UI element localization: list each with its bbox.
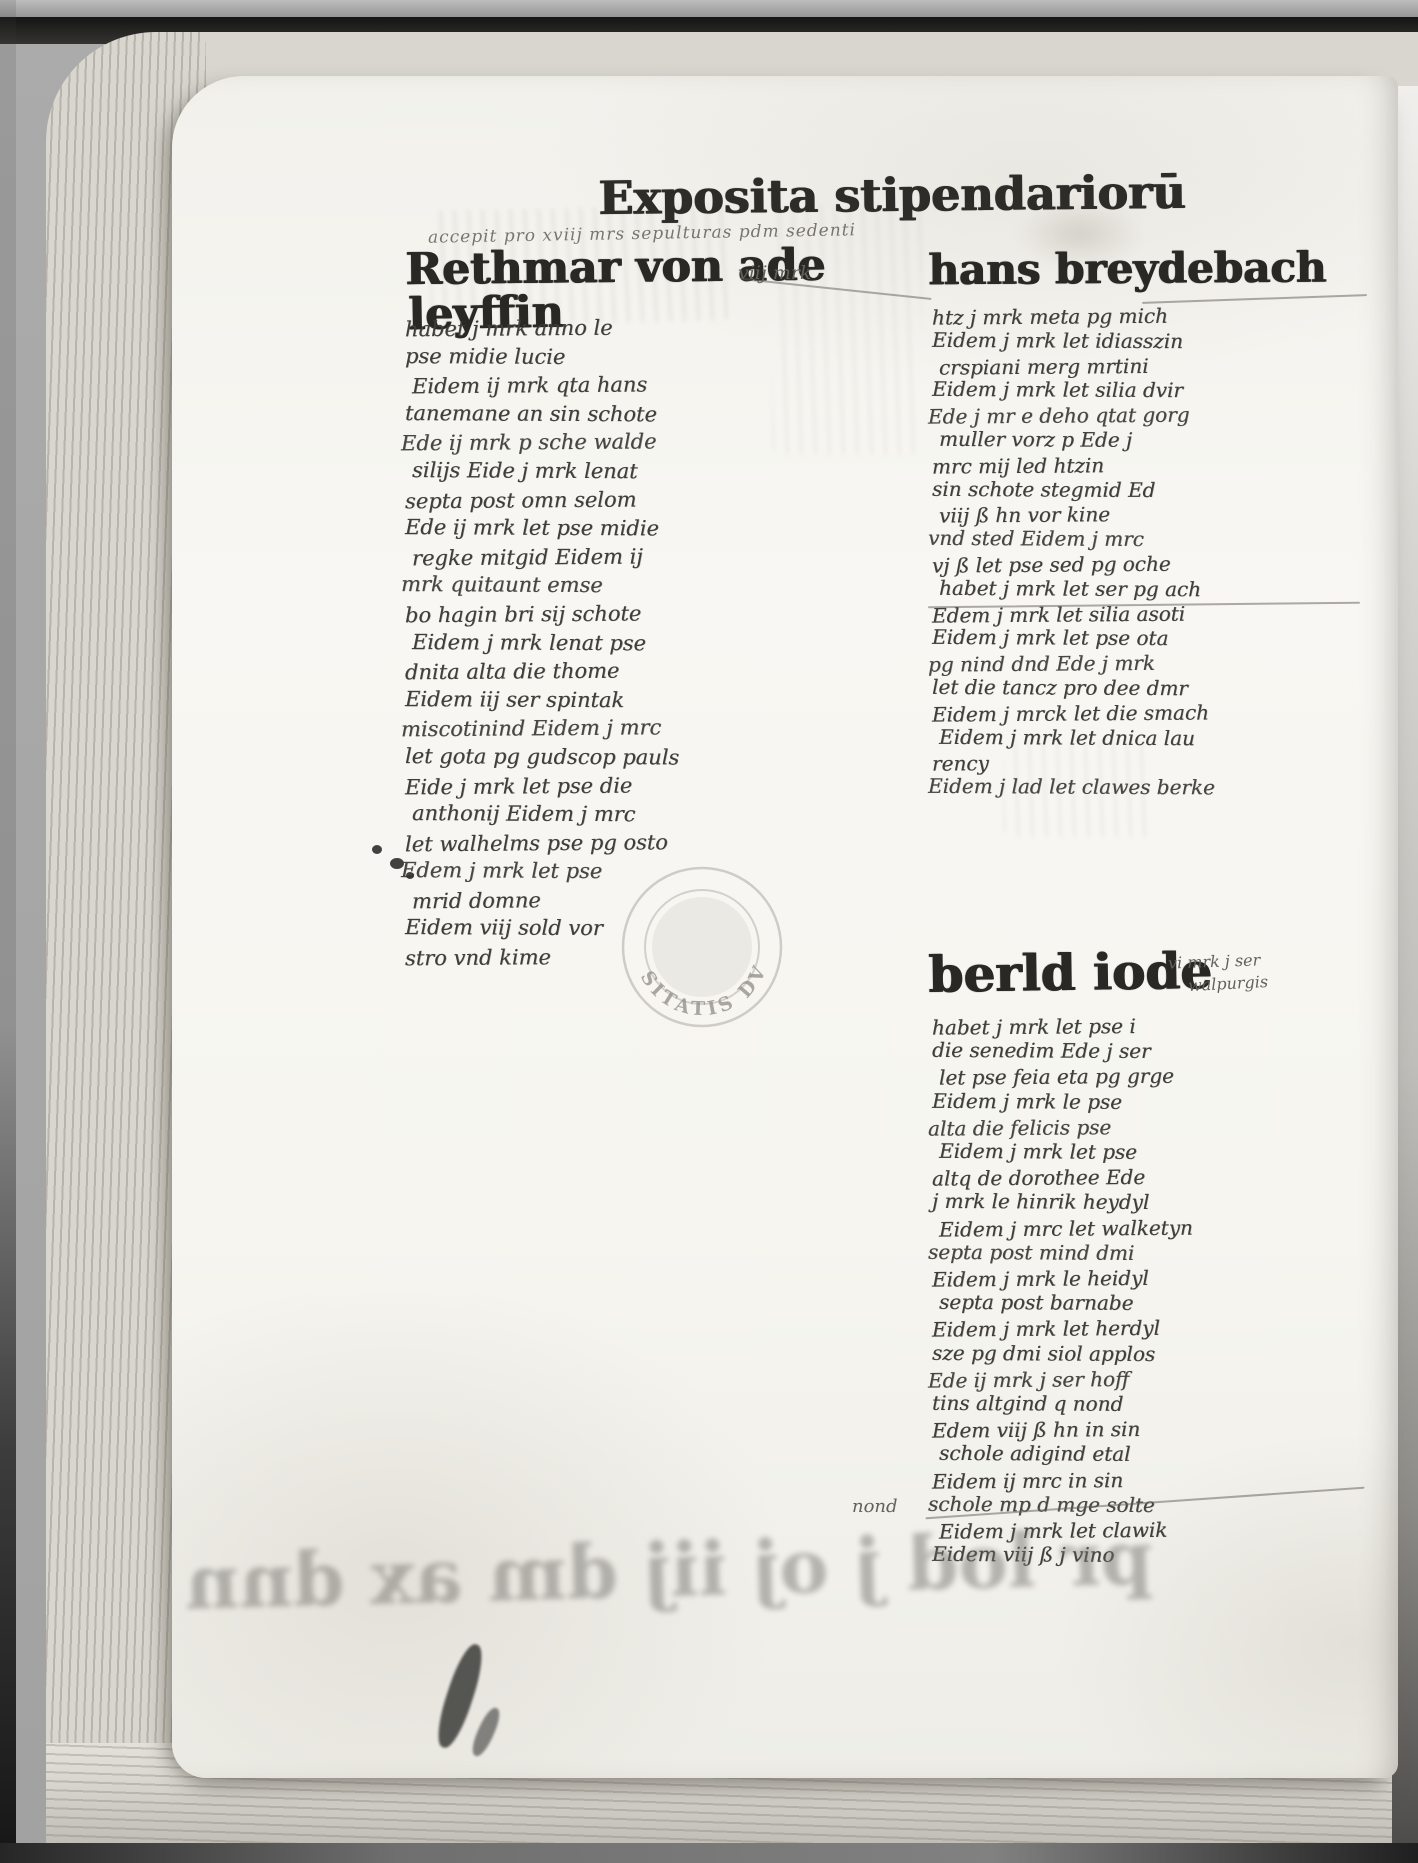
manuscript-line: Eidem ij mrc in sin (932, 1466, 1352, 1495)
manuscript-line: die senedim Ede j ser (932, 1038, 1352, 1065)
manuscript-line: vnd sted Eidem j mrc (928, 526, 1352, 553)
manuscript-line: Eidem j mrk let idiasszin (932, 328, 1352, 355)
manuscript-line: septa post mind dmi (928, 1240, 1352, 1267)
manuscript-line: mrc mij led htzin (932, 451, 1352, 479)
manuscript-line: Eidem j mrc let walketyn (939, 1214, 1352, 1242)
manuscript-line: Eidem ij mrk qta hans (412, 370, 755, 401)
manuscript-line: pse midie lucie (405, 342, 755, 372)
page-title: Exposita stipendariorū (598, 165, 1186, 225)
ink-spot (372, 845, 382, 854)
manuscript-line: tins altgind q nond (932, 1391, 1352, 1418)
manuscript-line: tanemane an sin schote (405, 399, 755, 429)
manuscript-line: anthonij Eidem j mrc (412, 799, 755, 829)
manuscript-line: let walhelms pse pg osto (405, 827, 755, 858)
manuscript-line: Edem viij ß hn in sin (932, 1416, 1352, 1445)
manuscript-line: Eidem j mrk let pse (939, 1139, 1352, 1166)
manuscript-line: habet j mrk let pse i (932, 1012, 1352, 1041)
right-column-entries-2: habet j mrk let pse idie senedim Ede j s… (932, 1014, 1352, 1568)
manuscript-line: regke mitgid Eidem ij (412, 541, 755, 572)
manuscript-line: let pse feia eta pg grge (939, 1063, 1352, 1091)
manuscript-line: Eidem j mrk le pse (932, 1089, 1352, 1116)
manuscript-line: miscotinind Eidem j mrc (401, 713, 755, 744)
manuscript-line: Eidem j mrk let pse ota (932, 625, 1352, 652)
manuscript-line: htz j mrk meta pg mich (932, 302, 1352, 330)
manuscript-line: sze pg dmi siol applos (932, 1341, 1352, 1368)
manuscript-line: Eidem j lad let clawes berke (928, 774, 1352, 801)
manuscript-line: altq de dorothee Ede (932, 1164, 1352, 1193)
manuscript-line: habet j mrk anno le (405, 313, 755, 344)
manuscript-line: rency (932, 749, 1352, 777)
right-column-heading-1: hans breydebach (928, 247, 1326, 292)
manuscript-line: Ede ij mrk let pse midie (405, 513, 755, 543)
manuscript-line: viij ß hn vor kine (939, 501, 1352, 529)
manuscript-line: septa post barnabe (939, 1290, 1352, 1317)
ink-spot (406, 872, 414, 879)
manuscript-line: crspiani merg mrtini (939, 352, 1352, 380)
manuscript-line: Eidem j mrk let dnica lau (939, 724, 1352, 751)
manuscript-line: Eidem j mrk let herdyl (932, 1315, 1352, 1344)
manuscript-photo: Exposita stipendariorū accepit pro xviij… (0, 0, 1418, 1863)
manuscript-line: habet j mrk let ser pg ach (939, 576, 1352, 603)
manuscript-line: j mrk le hinrik heydyl (932, 1189, 1352, 1216)
manuscript-line: vj ß let pse sed pg oche (932, 550, 1352, 578)
manuscript-line: Eidem j mrk let silia dvir (932, 377, 1352, 404)
manuscript-line: Eidem j mrck let die smach (932, 699, 1352, 727)
manuscript-line: schole adigind etal (939, 1441, 1352, 1468)
manuscript-line: alta die felicis pse (928, 1113, 1352, 1142)
manuscript-line: Eide j mrk let pse die (405, 770, 755, 801)
manuscript-line: pg nind dnd Ede j mrk (928, 649, 1352, 677)
manuscript-line: Eidem iij ser spintak (405, 685, 755, 715)
manuscript-line: let die tancz pro dee dmr (932, 675, 1352, 702)
photo-bottom-edge (0, 1843, 1418, 1863)
margin-note-right-line1: vi mrk j ser (1168, 950, 1261, 972)
margin-note-left: nond (852, 1496, 898, 1517)
right-column-entries-1: htz j mrk meta pg michEidem j mrk let id… (932, 304, 1352, 800)
manuscript-line: mrk quitaunt emse (401, 570, 755, 600)
manuscript-line: Eidem j mrk le heidyl (932, 1264, 1352, 1293)
library-stamp: SITATIS DV (612, 855, 792, 1035)
manuscript-line: Ede ij mrk p sche walde (401, 427, 755, 458)
manuscript-line: muller vorz p Ede j (939, 427, 1352, 454)
manuscript-line: Eidem j mrk lenat pse (412, 628, 755, 658)
manuscript-line: Ede ij mrk j ser hoff (928, 1365, 1352, 1394)
photo-left-edge (0, 0, 16, 1863)
manuscript-line: bo hagin bri sij schote (405, 599, 755, 630)
manuscript-line: sin schote stegmid Ed (932, 476, 1352, 503)
manuscript-line: silijs Eide j mrk lenat (412, 456, 755, 486)
manuscript-line: let gota pg gudscop pauls (405, 742, 755, 772)
manuscript-line: dnita alta die thome (405, 656, 755, 687)
manuscript-line: Ede j mr e deho qtat gorg (928, 402, 1352, 430)
ink-spot (390, 858, 404, 869)
manuscript-line: septa post omn selom (405, 484, 755, 515)
